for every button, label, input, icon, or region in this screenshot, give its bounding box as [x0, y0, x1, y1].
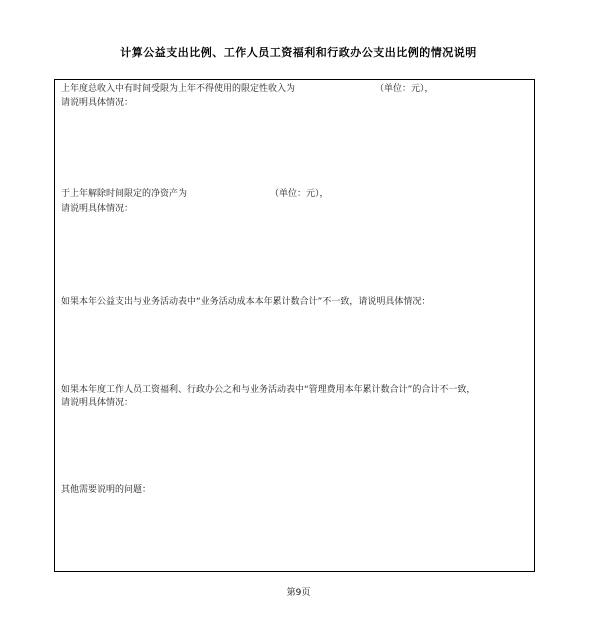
- released-net-assets-unit: （单位：元），: [270, 189, 329, 199]
- explanation-form-box: 上年度总收入中有时间受限为上年不得使用的限定性收入为（单位：元）， 请说明具体情…: [54, 79, 535, 572]
- restricted-income-unit: （单位：元），: [375, 84, 434, 94]
- staff-admin-details-prompt: 请说明具体情况：: [61, 397, 133, 409]
- released-net-assets-details-prompt: 请说明具体情况：: [61, 203, 133, 215]
- restricted-income-details-prompt: 请说明具体情况：: [61, 97, 133, 109]
- released-net-assets-details-area[interactable]: [55, 216, 534, 291]
- welfare-expenditure-mismatch-prompt: 如果本年公益支出与业务活动表中“业务活动成本本年累计数合计”不一致，请说明具体情…: [61, 296, 430, 308]
- other-issues-details-area[interactable]: [55, 498, 534, 570]
- document-title: 计算公益支出比例、工作人员工资福利和行政办公支出比例的情况说明: [0, 44, 597, 60]
- staff-admin-mismatch-prompt: 如果本年度工作人员工资福利、行政办公之和与业务活动表中“管理费用本年累计数合计”…: [61, 384, 475, 396]
- restricted-income-details-area[interactable]: [55, 110, 534, 185]
- other-issues-prompt: 其他需要说明的问题：: [61, 484, 151, 496]
- restricted-income-line: 上年度总收入中有时间受限为上年不得使用的限定性收入为（单位：元），: [61, 83, 434, 95]
- released-net-assets-label: 于上年解除时间限定的净资产为: [61, 189, 187, 199]
- staff-admin-details-area[interactable]: [55, 410, 534, 480]
- released-net-assets-line: 于上年解除时间限定的净资产为（单位：元），: [61, 188, 329, 200]
- welfare-expenditure-details-area[interactable]: [55, 310, 534, 380]
- restricted-income-label: 上年度总收入中有时间受限为上年不得使用的限定性收入为: [61, 84, 295, 94]
- page-number: 第9页: [0, 585, 597, 598]
